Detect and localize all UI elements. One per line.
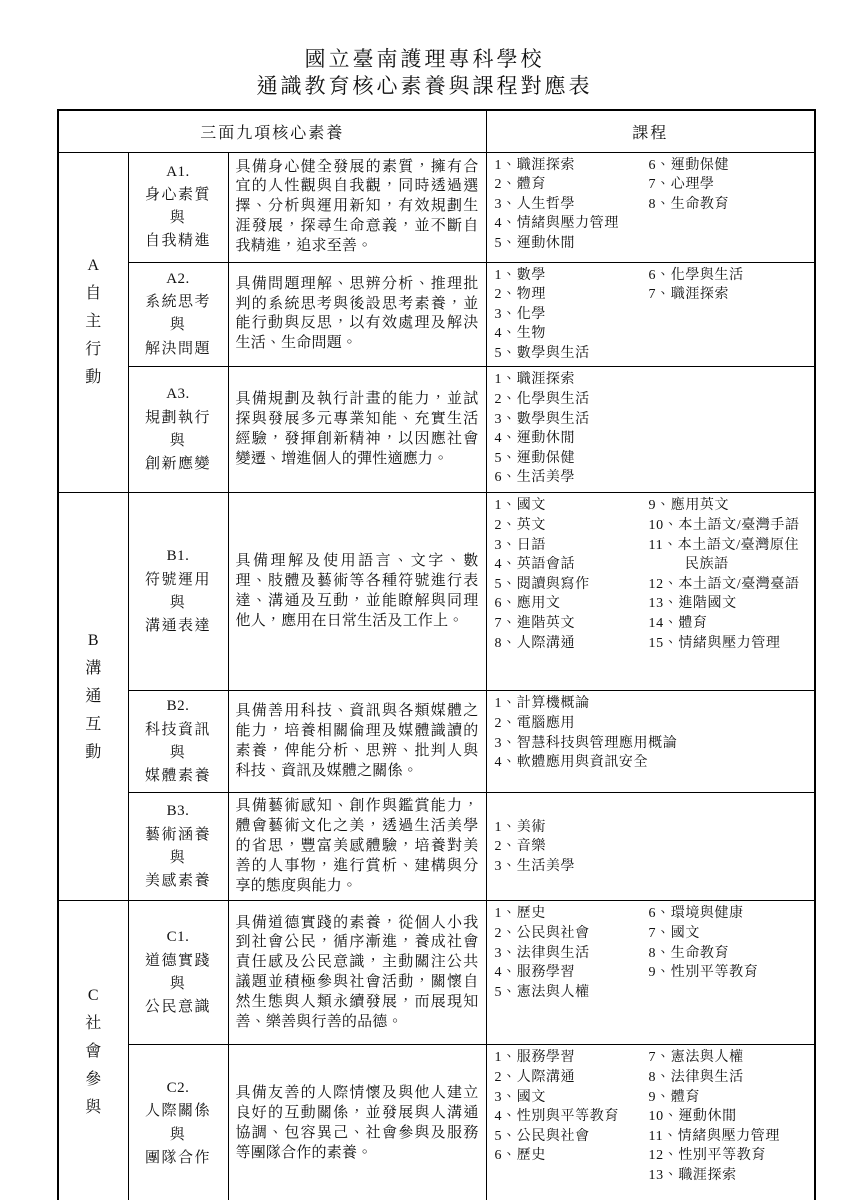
competency-name-line: 與 (129, 207, 228, 230)
competency-name-line: 溝通表達 (129, 615, 228, 638)
competency-name-a1: A1. 身心素質 與 自我精進 (128, 152, 228, 262)
competency-name-b1: B1. 符號運用 與 溝通表達 (128, 493, 228, 691)
section-cell-c: C社會參與 (58, 901, 128, 1200)
course-cell-b1: 1、國文2、英文3、日語4、英語會話5、閱讀與寫作6、應用文7、進階英文8、人際… (486, 493, 815, 691)
competency-code: C1. (129, 926, 228, 949)
competency-code: B3. (129, 800, 228, 823)
course-list: 1、職涯探索2、體育3、人生哲學4、情緒與壓力管理5、運動休閒 (495, 156, 649, 254)
course-list: 1、美術2、音樂3、生活美學 (495, 818, 811, 877)
course-item: 3、智慧科技與管理應用概論 (495, 734, 811, 754)
competency-description-c1: 具備道德實踐的素養，從個人小我到社會公民，循序漸進，養成社會責任感及公民意識，主… (228, 901, 486, 1045)
competency-name-line: 與 (129, 592, 228, 615)
course-item: 12、性別平等教育 (649, 1146, 811, 1166)
course-item: 1、服務學習 (495, 1048, 649, 1068)
table-row: B3. 藝術涵養 與 美感素養 具備藝術感知、創作與鑑賞能力，體會藝術文化之美，… (58, 793, 815, 901)
course-item: 5、公民與社會 (495, 1127, 649, 1147)
section-label-b: B溝通互動 (84, 627, 102, 767)
course-item: 9、應用英文 (649, 496, 811, 516)
course-list: 1、服務學習2、人際溝通3、國文4、性別與平等教育5、公民與社會6、歷史 (495, 1048, 649, 1185)
competency-name-a2: A2. 系統思考 與 解決問題 (128, 262, 228, 367)
competency-name-line: 規劃執行 (129, 407, 228, 430)
course-item: 2、音樂 (495, 837, 811, 857)
course-cell-b3: 1、美術2、音樂3、生活美學 (486, 793, 815, 901)
course-list: 1、職涯探索2、化學與生活3、數學與生活4、運動休閒5、運動保健6、生活美學 (495, 370, 811, 488)
course-cell-c1: 1、歷史2、公民與社會3、法律與生活4、服務學習5、憲法與人權 6、環境與健康7… (486, 901, 815, 1045)
course-item: 5、閱讀與寫作 (495, 575, 649, 595)
course-item: 4、英語會話 (495, 555, 649, 575)
competency-name-line: 與 (129, 973, 228, 996)
course-item: 11、本土語文/臺灣原住民族語 (649, 536, 811, 575)
course-item: 1、歷史 (495, 904, 649, 924)
course-item: 7、進階英文 (495, 614, 649, 634)
course-item: 4、性別與平等教育 (495, 1107, 649, 1127)
document-page: 國立臺南護理專科學校 通識教育核心素養與課程對應表 三面九項核心素養 課程 A自… (0, 0, 849, 1200)
competency-name-line: 人際關係 (129, 1100, 228, 1123)
course-item: 10、運動休閒 (649, 1107, 811, 1127)
course-item: 1、美術 (495, 818, 811, 838)
course-item: 6、運動保健 (649, 156, 811, 176)
course-item: 14、體育 (649, 614, 811, 634)
course-item: 3、人生哲學 (495, 195, 649, 215)
course-item: 7、心理學 (649, 175, 811, 195)
course-item: 2、人際溝通 (495, 1068, 649, 1088)
course-item: 8、人際溝通 (495, 634, 649, 654)
table-row: C社會參與 C1. 道德實踐 與 公民意識 具備道德實踐的素養，從個人小我到社會… (58, 901, 815, 1045)
competency-name-line: 與 (129, 314, 228, 337)
competency-name-line: 與 (129, 847, 228, 870)
course-item: 2、化學與生活 (495, 390, 811, 410)
course-list: 7、憲法與人權8、法律與生活9、體育10、運動休閒11、情緒與壓力管理12、性別… (649, 1048, 811, 1185)
competency-name-line: 與 (129, 430, 228, 453)
table-row: B2. 科技資訊 與 媒體素養 具備善用科技、資訊與各類媒體之能力，培養相關倫理… (58, 691, 815, 793)
competency-description-a1: 具備身心健全發展的素質，擁有合宜的人性觀與自我觀，同時透過選擇、分析與運用新知，… (228, 152, 486, 262)
course-item: 5、憲法與人權 (495, 983, 649, 1003)
course-item: 8、生命教育 (649, 944, 811, 964)
course-item: 13、職涯探索 (649, 1166, 811, 1186)
course-item: 6、環境與健康 (649, 904, 811, 924)
course-item: 15、情緒與壓力管理 (649, 634, 811, 654)
course-item: 4、服務學習 (495, 963, 649, 983)
course-list: 1、數學2、物理3、化學4、生物5、數學與生活 (495, 266, 649, 364)
course-item: 11、情緒與壓力管理 (649, 1127, 811, 1147)
course-item: 3、化學 (495, 305, 649, 325)
section-cell-a: A自主行動 (58, 152, 128, 493)
course-item: 1、職涯探索 (495, 370, 811, 390)
header-competency: 三面九項核心素養 (58, 110, 486, 152)
competency-code: B1. (129, 545, 228, 568)
competency-name-a3: A3. 規劃執行 與 創新應變 (128, 367, 228, 493)
competency-name-line: 創新應變 (129, 453, 228, 476)
course-cell-a1: 1、職涯探索2、體育3、人生哲學4、情緒與壓力管理5、運動休閒 6、運動保健7、… (486, 152, 815, 262)
course-list: 6、運動保健7、心理學8、生命教育 (649, 156, 811, 254)
course-item: 4、軟體應用與資訊安全 (495, 753, 811, 773)
course-list: 6、化學與生活7、職涯探索 (649, 266, 811, 364)
course-item: 1、計算機概論 (495, 694, 811, 714)
competency-name-line: 藝術涵養 (129, 824, 228, 847)
competency-name-line: 公民意識 (129, 996, 228, 1019)
table-row: A2. 系統思考 與 解決問題 具備問題理解、思辨分析、推理批判的系統思考與後設… (58, 262, 815, 367)
course-list: 1、計算機概論2、電腦應用3、智慧科技與管理應用概論4、軟體應用與資訊安全 (495, 694, 811, 772)
competency-code: A2. (129, 268, 228, 291)
table-row: A自主行動 A1. 身心素質 與 自我精進 具備身心健全發展的素質，擁有合宜的人… (58, 152, 815, 262)
course-item: 8、法律與生活 (649, 1068, 811, 1088)
course-item: 12、本土語文/臺灣臺語 (649, 575, 811, 595)
competency-name-line: 科技資訊 (129, 719, 228, 742)
document-title: 國立臺南護理專科學校 通識教育核心素養與課程對應表 (0, 0, 849, 100)
table-row: B溝通互動 B1. 符號運用 與 溝通表達 具備理解及使用語言、文字、數理、肢體… (58, 493, 815, 691)
table-row: C2. 人際關係 與 團隊合作 具備友善的人際情懷及與他人建立良好的互動關係，並… (58, 1045, 815, 1200)
course-item: 5、數學與生活 (495, 344, 649, 364)
header-course: 課程 (486, 110, 815, 152)
competency-name-line: 媒體素養 (129, 765, 228, 788)
course-item: 6、化學與生活 (649, 266, 811, 286)
course-item: 5、運動休閒 (495, 234, 649, 254)
competency-name-c2: C2. 人際關係 與 團隊合作 (128, 1045, 228, 1200)
competency-code: C2. (129, 1077, 228, 1100)
course-item: 13、進階國文 (649, 594, 811, 614)
course-list: 9、應用英文10、本土語文/臺灣手語11、本土語文/臺灣原住民族語12、本土語文… (649, 496, 811, 653)
course-item: 2、公民與社會 (495, 924, 649, 944)
course-item: 2、體育 (495, 175, 649, 195)
course-item: 7、國文 (649, 924, 811, 944)
competency-name-line: 道德實踐 (129, 950, 228, 973)
course-item: 1、數學 (495, 266, 649, 286)
course-list: 1、歷史2、公民與社會3、法律與生活4、服務學習5、憲法與人權 (495, 904, 649, 1002)
table-header-row: 三面九項核心素養 課程 (58, 110, 815, 152)
title-line-2: 通識教育核心素養與課程對應表 (0, 73, 849, 100)
course-cell-a3: 1、職涯探索2、化學與生活3、數學與生活4、運動休閒5、運動保健6、生活美學 (486, 367, 815, 493)
course-item: 2、電腦應用 (495, 714, 811, 734)
competency-name-line: 解決問題 (129, 338, 228, 361)
course-item: 4、生物 (495, 324, 649, 344)
competency-description-a3: 具備規劃及執行計畫的能力，並試探與發展多元專業知能、充實生活經驗，發揮創新精神，… (228, 367, 486, 493)
competency-name-line: 符號運用 (129, 569, 228, 592)
competency-name-line: 自我精進 (129, 230, 228, 253)
course-item: 7、憲法與人權 (649, 1048, 811, 1068)
competency-description-b2: 具備善用科技、資訊與各類媒體之能力，培養相關倫理及媒體識讀的素養，俾能分析、思辨… (228, 691, 486, 793)
competency-description-c2: 具備友善的人際情懷及與他人建立良好的互動關係，並發展與人溝通協調、包容異己、社會… (228, 1045, 486, 1200)
course-item: 3、國文 (495, 1088, 649, 1108)
course-item: 8、生命教育 (649, 195, 811, 215)
table-row: A3. 規劃執行 與 創新應變 具備規劃及執行計畫的能力，並試探與發展多元專業知… (58, 367, 815, 493)
course-item: 6、生活美學 (495, 468, 811, 488)
competency-description-a2: 具備問題理解、思辨分析、推理批判的系統思考與後設思考素養，並能行動與反思，以有效… (228, 262, 486, 367)
competency-name-line: 美感素養 (129, 870, 228, 893)
title-line-1: 國立臺南護理專科學校 (0, 46, 849, 73)
competency-name-line: 系統思考 (129, 291, 228, 314)
competency-name-line: 身心素質 (129, 184, 228, 207)
course-item: 9、體育 (649, 1088, 811, 1108)
section-label-c: C社會參與 (84, 982, 102, 1122)
course-item: 2、英文 (495, 516, 649, 536)
course-list: 6、環境與健康7、國文8、生命教育9、性別平等教育 (649, 904, 811, 1002)
section-label-a: A自主行動 (84, 252, 102, 392)
course-item: 9、性別平等教育 (649, 963, 811, 983)
competency-name-c1: C1. 道德實踐 與 公民意識 (128, 901, 228, 1045)
course-item: 3、數學與生活 (495, 410, 811, 430)
course-item: 3、法律與生活 (495, 944, 649, 964)
course-item: 2、物理 (495, 285, 649, 305)
course-item: 10、本土語文/臺灣手語 (649, 516, 811, 536)
course-cell-c2: 1、服務學習2、人際溝通3、國文4、性別與平等教育5、公民與社會6、歷史 7、憲… (486, 1045, 815, 1200)
course-cell-a2: 1、數學2、物理3、化學4、生物5、數學與生活 6、化學與生活7、職涯探索 (486, 262, 815, 367)
competency-name-b3: B3. 藝術涵養 與 美感素養 (128, 793, 228, 901)
course-item: 4、情緒與壓力管理 (495, 214, 649, 234)
course-item: 3、日語 (495, 536, 649, 556)
competency-code: A3. (129, 383, 228, 406)
competency-name-line: 與 (129, 1124, 228, 1147)
course-list: 1、國文2、英文3、日語4、英語會話5、閱讀與寫作6、應用文7、進階英文8、人際… (495, 496, 649, 653)
course-item: 6、應用文 (495, 594, 649, 614)
competency-name-b2: B2. 科技資訊 與 媒體素養 (128, 691, 228, 793)
course-item: 5、運動保健 (495, 449, 811, 469)
competency-name-line: 與 (129, 742, 228, 765)
course-item: 7、職涯探索 (649, 285, 811, 305)
course-item: 1、職涯探索 (495, 156, 649, 176)
competency-code: A1. (129, 161, 228, 184)
course-item: 6、歷史 (495, 1146, 649, 1166)
competency-course-table: 三面九項核心素養 課程 A自主行動 A1. 身心素質 與 自我精進 具備身心健全… (57, 109, 816, 1200)
course-item: 3、生活美學 (495, 857, 811, 877)
competency-description-b3: 具備藝術感知、創作與鑑賞能力，體會藝術文化之美，透過生活美學的省思，豐富美感體驗… (228, 793, 486, 901)
course-item: 4、運動休閒 (495, 429, 811, 449)
section-cell-b: B溝通互動 (58, 493, 128, 901)
competency-name-line: 團隊合作 (129, 1147, 228, 1170)
course-item: 1、國文 (495, 496, 649, 516)
competency-code: B2. (129, 695, 228, 718)
course-cell-b2: 1、計算機概論2、電腦應用3、智慧科技與管理應用概論4、軟體應用與資訊安全 (486, 691, 815, 793)
competency-description-b1: 具備理解及使用語言、文字、數理、肢體及藝術等各種符號進行表達、溝通及互動，並能瞭… (228, 493, 486, 691)
